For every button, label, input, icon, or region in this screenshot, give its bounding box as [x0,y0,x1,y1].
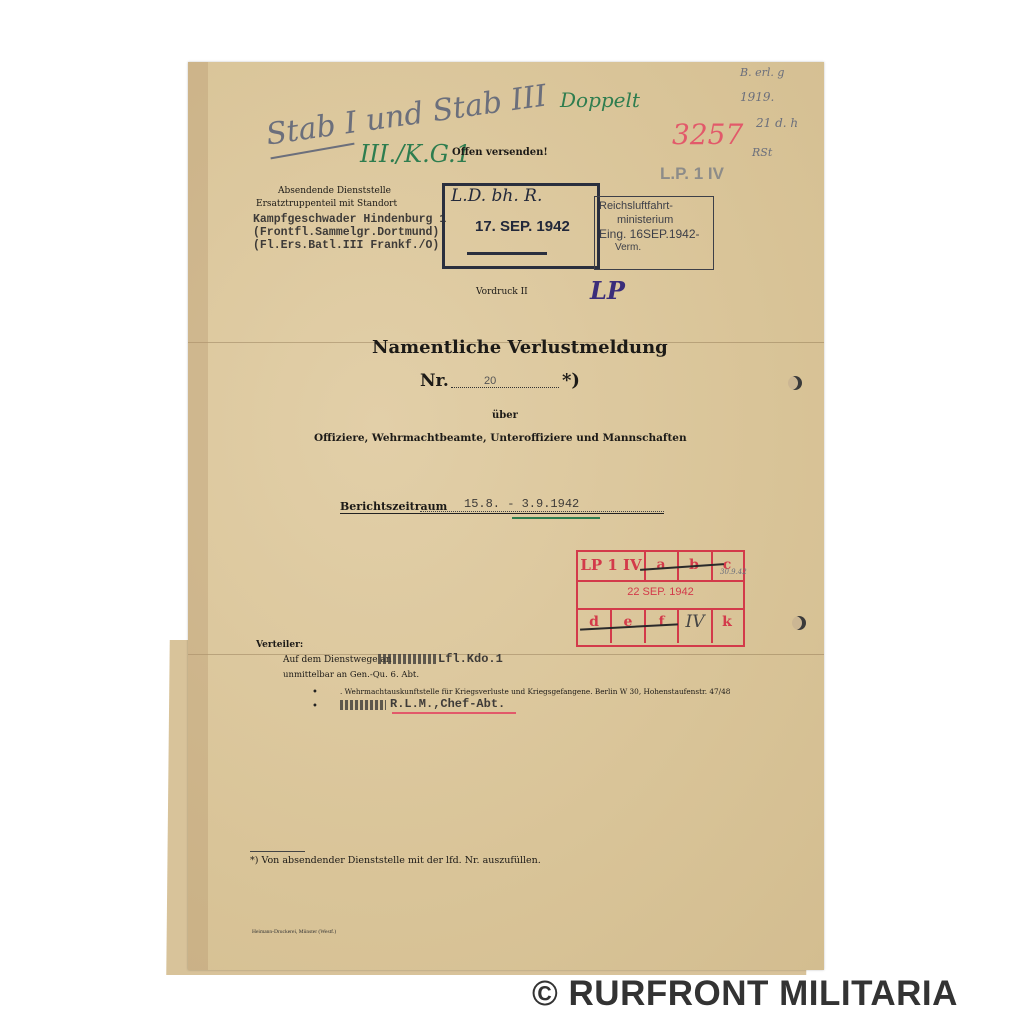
receipt-stamp: L.D. bh. R. 17. SEP. 1942 [442,183,600,269]
printer-imprint: Heimann-Druckerei, Münster (Westf.) [252,929,336,935]
handwritten-doppelt: Doppelt [560,88,640,112]
bullet: • [312,701,318,712]
distribution-line: . Wehrmachtauskunftstelle für Kriegsverl… [340,687,730,696]
distribution-line: unmittelbar an Gen.-Qu. 6. Abt. [283,670,419,680]
number-label: Nr. [420,371,449,391]
stamp-line [467,252,547,255]
routing-cell: LP 1 IV [580,556,642,574]
bullet: • [312,687,318,698]
green-underline [512,517,600,519]
ministry-stamp-date: Eing. 16SEP.1942- [599,227,709,241]
handwritten-red-number: 3257 [672,118,743,151]
number-value: 20 [484,375,496,387]
red-underline [392,712,516,714]
stamp-date: 17. SEP. 1942 [475,218,570,235]
sender-unit: (Fl.Ers.Batl.III Frankf./O) [253,239,439,252]
distribution-recipient: R.L.M.,Chef-Abt. [390,697,505,711]
sender-unit: (Frontfl.Sammelgr.Dortmund) [253,226,439,239]
period-value: 15.8. - 3.9.1942 [464,497,579,511]
footnote-rule [250,851,305,852]
sender-label: Ersatztruppenteil mit Standort [256,199,397,209]
number-footnote-marker: *) [562,370,580,391]
ministry-stamp-line: Verm. [599,241,709,255]
handwritten-margin-note: B. erl. g [740,66,784,79]
handwritten-margin-note: RSt [752,146,772,159]
sender-label: Absendende Dienststelle [278,186,391,196]
distribution-recipient: Lfl.Kdo.1 [438,652,503,666]
document-subtitle: Offiziere, Wehrmachtbeamte, Unteroffizie… [314,432,687,444]
routing-handwritten-iv: IV [679,612,711,632]
header-notice: Offen versenden! [452,147,548,158]
period-field-line [420,511,664,512]
distribution-line: Auf dem Dienstwege an [283,655,392,665]
page-edge [188,62,208,970]
routing-annotation: 30.9.42 [720,568,747,576]
handwritten-margin-note: 21 d. h [756,116,798,130]
punch-hole [792,616,806,630]
ueber-label: über [492,410,518,421]
redacted-text [340,700,386,710]
form-label: Vordruck II [476,287,528,297]
punch-hole [788,376,802,390]
number-field-line [451,387,559,388]
stamp-header: L.D. bh. R. [451,186,542,206]
routing-cell: a [646,557,676,573]
period-underline [340,513,664,514]
sender-unit: Kampfgeschwader Hindenburg 1 [253,213,446,226]
faint-lp-stamp: L.P. 1 IV [660,164,724,184]
handwritten-margin-note: 1919. [740,90,774,104]
red-routing-stamp: LP 1 IV a b c 30.9.42 22 SEP. 1942 d e f… [576,550,745,647]
copyright-watermark: © RURFRONT MILITARIA [532,974,958,1014]
distribution-label: Verteiler: [256,640,303,650]
ministry-stamp-line: ministerium [599,213,709,227]
routing-cell: f [646,614,677,630]
routing-cell: k [713,614,741,630]
ministry-stamp-line: Reichsluftfahrt- [599,199,709,213]
purple-lp-stamp: LP [590,276,625,305]
routing-date: 22 SEP. 1942 [578,586,743,598]
document-title: Namentliche Verlustmeldung [372,337,668,358]
ministry-stamp: Reichsluftfahrt- ministerium Eing. 16SEP… [594,196,714,270]
redacted-text [378,654,436,664]
footnote: *) Von absendender Dienststelle mit der … [250,855,541,866]
